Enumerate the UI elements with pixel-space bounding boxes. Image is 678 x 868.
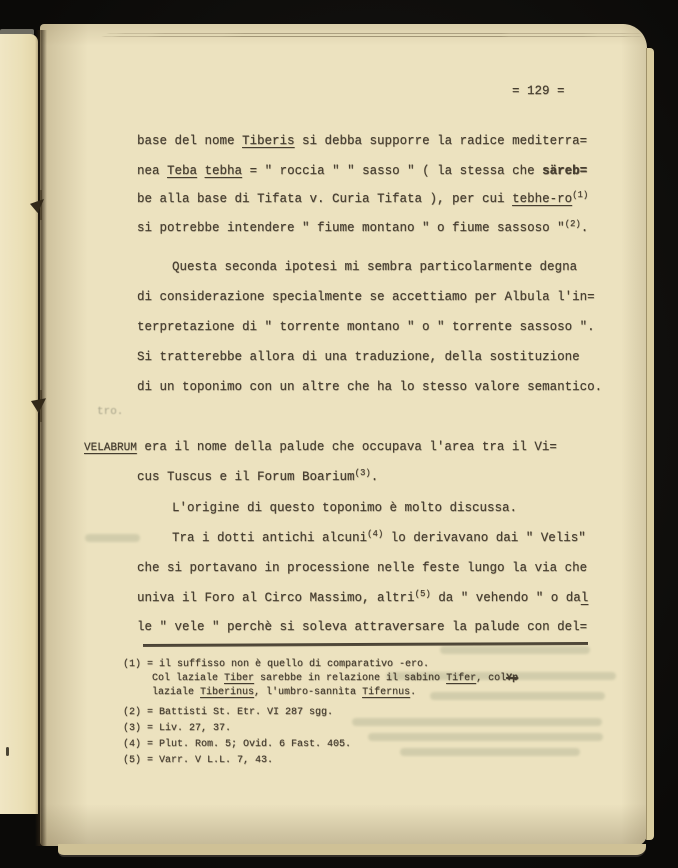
- typed-text-segment: (4) = Plut. Rom. 5; Ovid. 6 Fast. 405.: [123, 739, 351, 750]
- typed-text-segment: sarebbe in relazione il sabino: [254, 673, 446, 684]
- page-stack-right-edge: [646, 48, 654, 840]
- typed-line: (5) = Varr. V L.L. 7, 43.: [123, 755, 273, 767]
- typed-text-segment: .: [410, 687, 416, 698]
- typed-text-segment: terpretazione di " torrente montano " o …: [137, 320, 595, 334]
- typed-text-segment: base del nome: [137, 134, 242, 148]
- typed-text-segment: di considerazione specialmente se accett…: [137, 290, 595, 304]
- typed-line: be alla base di Tifata v. Curia Tifata )…: [137, 192, 588, 208]
- typed-line: base del nome Tiberis si debba supporre …: [137, 134, 587, 149]
- typed-text-segment: = " roccia " " sasso " ( la stessa che: [242, 164, 542, 178]
- typed-line: VELABRUM era il nome della palude che oc…: [84, 440, 557, 456]
- typed-text-segment: si debba supporre la radice mediterra=: [295, 134, 588, 148]
- bleed-through-bar: [400, 748, 580, 756]
- typed-text-segment: (3): [355, 468, 371, 478]
- bleed-through-bar: [440, 646, 590, 654]
- scan-root: { "document": { "kind": "typewritten-man…: [0, 0, 678, 868]
- typed-line: che si portavano in processione nelle fe…: [137, 561, 587, 576]
- typed-text-segment: , col: [476, 673, 506, 684]
- typed-text-segment: Questa seconda ipotesi mi sembra partico…: [172, 260, 577, 274]
- typed-text-segment: [197, 164, 205, 178]
- typed-text-segment: Si tratterebbe allora di una traduzione,…: [137, 350, 580, 364]
- stitch-thread-top: [40, 190, 42, 220]
- typed-text-segment: L'origine di questo toponimo è molto dis…: [172, 501, 517, 515]
- typed-text-segment: Tiberis: [242, 134, 295, 148]
- typed-line: nea Teba tebha = " roccia " " sasso " ( …: [137, 164, 587, 179]
- typed-text-segment: .: [371, 470, 379, 484]
- typed-line: (4) = Plut. Rom. 5; Ovid. 6 Fast. 405.: [123, 739, 351, 751]
- typed-text-segment: tebha: [205, 164, 243, 178]
- page-stack-line: [105, 33, 643, 34]
- bleed-through-bar: [430, 692, 605, 700]
- typed-text-segment: univa il Foro al Circo Massimo, altri: [137, 591, 415, 605]
- typed-text-segment: tebhe-ro: [512, 192, 572, 206]
- typed-line: terpretazione di " torrente montano " o …: [137, 320, 595, 335]
- typed-text-segment: Tiber: [224, 673, 254, 684]
- typed-text-segment: (5) = Varr. V L.L. 7, 43.: [123, 755, 273, 766]
- typed-text-segment: di un toponimo con un altre che ha lo st…: [137, 380, 602, 394]
- typed-text-segment: Yp: [506, 673, 518, 684]
- binding-gutter: [35, 30, 47, 846]
- typed-text-segment: Tra i dotti antichi alcuni: [172, 531, 367, 545]
- typed-line: cus Tuscus e il Forum Boarium(3).: [137, 470, 378, 486]
- typed-text-segment: , l'umbro-sannìta: [254, 687, 362, 698]
- typed-text-segment: Tifernus: [362, 687, 410, 698]
- typed-text-segment: (1): [572, 190, 588, 200]
- bleed-through-text: tro.: [97, 406, 123, 418]
- typed-text-segment: l: [581, 591, 589, 605]
- typed-text-segment: säreb=: [542, 164, 587, 178]
- typed-text-segment: era il nome della palude che occupava l'…: [137, 440, 557, 454]
- typed-text-segment: Tiberinus: [200, 687, 254, 698]
- bleed-through-bar: [368, 733, 603, 741]
- typed-line: Questa seconda ipotesi mi sembra partico…: [172, 260, 577, 275]
- typed-line: (1) = il suffisso non è quello di compar…: [123, 659, 429, 671]
- typed-text-segment: VELABRUM: [84, 442, 137, 454]
- typed-text-segment: (3) = Liv. 27, 37.: [123, 723, 231, 734]
- typed-line: Col laziale Tiber sarebbe in relazione i…: [152, 673, 518, 685]
- typed-text-segment: cus Tuscus e il Forum Boarium: [137, 470, 355, 484]
- typed-text-segment: laziale: [152, 687, 200, 698]
- typed-text-segment: (2) = Battisti St. Etr. VI 287 sgg.: [123, 707, 333, 718]
- typed-text-segment: che si portavano in processione nelle fe…: [137, 561, 587, 575]
- typed-text-segment: le " vele " perchè si soleva attraversar…: [137, 620, 587, 634]
- typed-text-segment: be alla base di Tifata v. Curia Tifata )…: [137, 192, 512, 206]
- margin-mark: [6, 747, 9, 756]
- stitch-thread-bottom: [40, 390, 42, 422]
- typed-text-segment: (2): [565, 219, 581, 229]
- typed-text-segment: (5): [415, 589, 431, 599]
- typed-line: (2) = Battisti St. Etr. VI 287 sgg.: [123, 707, 333, 719]
- typed-text-segment: (4): [367, 529, 383, 539]
- typed-line: le " vele " perchè si soleva attraversar…: [137, 620, 587, 635]
- page-stack-line: [100, 36, 644, 37]
- typed-line: Tra i dotti antichi alcuni(4) lo derivav…: [172, 531, 586, 547]
- typed-text-segment: Tifer: [446, 673, 476, 684]
- typed-line: si potrebbe intendere " fiume montano " …: [137, 221, 588, 237]
- typed-text-segment: Col laziale: [152, 673, 224, 684]
- typed-text-segment: nea: [137, 164, 167, 178]
- typed-text-segment: lo derivavano dai " Velis": [383, 531, 586, 545]
- previous-page-edge: [0, 34, 38, 814]
- typed-text-segment: Teba: [167, 164, 197, 178]
- page-stack-bottom-edge: [58, 844, 646, 857]
- typed-line: L'origine di questo toponimo è molto dis…: [172, 501, 517, 516]
- typed-line: di un toponimo con un altre che ha lo st…: [137, 380, 602, 395]
- typed-line: Si tratterebbe allora di una traduzione,…: [137, 350, 580, 365]
- bleed-through-bar: [352, 718, 602, 726]
- bleed-through-bar: [85, 534, 140, 542]
- typed-text-segment: .: [581, 221, 589, 235]
- typed-text-segment: da " vehendo " o da: [431, 591, 581, 605]
- typed-text-segment: si potrebbe intendere " fiume montano " …: [137, 221, 565, 235]
- typed-line: di considerazione specialmente se accett…: [137, 290, 595, 305]
- typed-text-segment: (1) = il suffisso non è quello di compar…: [123, 659, 429, 670]
- typed-line: univa il Foro al Circo Massimo, altri(5)…: [137, 591, 588, 607]
- typed-line: laziale Tiberinus, l'umbro-sannìta Tifer…: [152, 687, 416, 699]
- page-number: = 129 =: [512, 84, 565, 98]
- typed-line: (3) = Liv. 27, 37.: [123, 723, 231, 735]
